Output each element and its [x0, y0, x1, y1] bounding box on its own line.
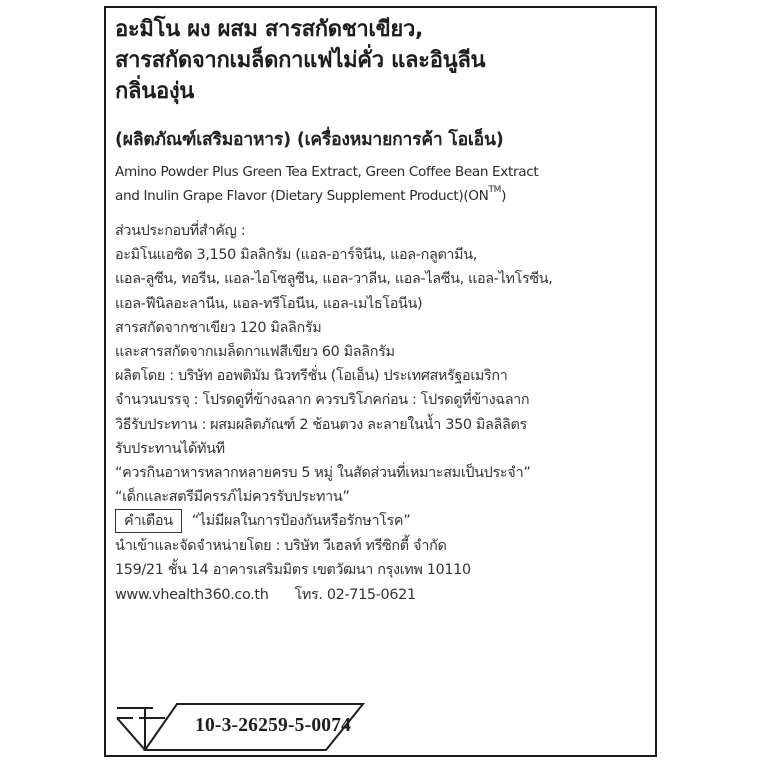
phone-number: โทร. 02-715-0621 — [294, 587, 415, 603]
english-close-paren: ) — [501, 188, 506, 204]
warning-text: “ไม่มีผลในการป้องกันหรือรักษาโรค” — [192, 509, 411, 533]
advice-quote: “ควรกินอาหารหลากหลายครบ 5 หมู่ ในสัดส่วน… — [115, 461, 553, 485]
english-line-1: Amino Powder Plus Green Tea Extract, Gre… — [115, 160, 538, 184]
english-line-2: and Inulin Grape Flavor (Dietary Supplem… — [115, 184, 538, 208]
title-line-3: กลิ่นองุ่น — [115, 76, 485, 107]
pregnancy-warning: “เด็กและสตรีมีครรภ์ไม่ควรรับประทาน” — [115, 485, 553, 509]
trademark-symbol: TM — [488, 185, 501, 195]
product-category-subtitle: (ผลิตภัณฑ์เสริมอาหาร) (เครื่องหมายการค้า… — [115, 128, 504, 152]
fda-registration-number: 10-3-26259-5-0074 — [195, 715, 351, 737]
label-body: ส่วนประกอบที่สำคัญ : อะมิโนแอซิด 3,150 ม… — [115, 219, 553, 607]
directions-line-2: รับประทานได้ทันที — [115, 437, 553, 461]
warning-label-box: คำเตือน — [115, 509, 182, 533]
title-line-1: อะมิโน ผง ผสม สารสกัดชาเขียว, — [115, 14, 485, 45]
package-info: จำนวนบรรจุ : โปรดดูที่ข้างฉลาก ควรบริโภค… — [115, 388, 553, 412]
website: www.vhealth360.co.th — [115, 587, 268, 603]
warning-row: คำเตือน “ไม่มีผลในการป้องกันหรือรักษาโรค… — [115, 508, 553, 534]
ingredients-heading: ส่วนประกอบที่สำคัญ : — [115, 219, 553, 243]
supplement-label: อะมิโน ผง ผสม สารสกัดชาเขียว, สารสกัดจาก… — [104, 6, 657, 757]
fda-registration-block: 10-3-26259-5-0074 — [115, 702, 415, 754]
contact-row: www.vhealth360.co.thโทร. 02-715-0621 — [115, 583, 553, 607]
importer-info: นำเข้าและจัดจำหน่ายโดย : บริษัท วีเฮลท์ … — [115, 534, 553, 558]
product-title-english: Amino Powder Plus Green Tea Extract, Gre… — [115, 160, 538, 208]
directions-line-1: วิธีรับประทาน : ผสมผลิตภัณฑ์ 2 ช้อนตวง ล… — [115, 413, 553, 437]
address: 159/21 ชั้น 14 อาคารเสริมมิตร เขตวัฒนา ก… — [115, 558, 553, 582]
title-line-2: สารสกัดจากเมล็ดกาแฟไม่คั่ว และอินูลีน — [115, 45, 485, 76]
ingredient-line: แอล-ฟีนิลอะลานีน, แอล-ทรีโอนีน, แอล-เมไธ… — [115, 292, 553, 316]
manufacturer-info: ผลิตโดย : บริษัท ออพติมัม นิวทรีชั่น (โอ… — [115, 364, 553, 388]
product-title-thai: อะมิโน ผง ผสม สารสกัดชาเขียว, สารสกัดจาก… — [115, 14, 485, 107]
ingredient-line: แอล-ลูซีน, ทอรีน, แอล-ไอโซลูซีน, แอล-วาล… — [115, 267, 553, 291]
ingredient-line: และสารสกัดจากเมล็ดกาแฟสีเขียว 60 มิลลิกร… — [115, 340, 553, 364]
ingredient-line: อะมิโนแอซิด 3,150 มิลลิกรัม (แอล-อาร์จิน… — [115, 243, 553, 267]
ingredient-line: สารสกัดจากชาเขียว 120 มิลลิกรัม — [115, 316, 553, 340]
english-line-2-text: and Inulin Grape Flavor (Dietary Supplem… — [115, 188, 488, 204]
